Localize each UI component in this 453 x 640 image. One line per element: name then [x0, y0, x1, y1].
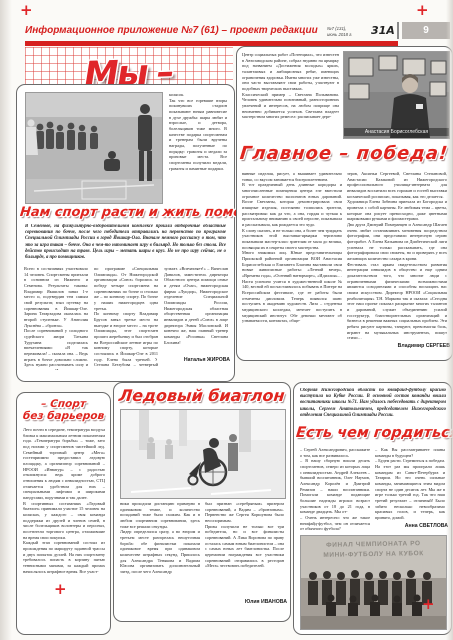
team-photo: ФИНАЛ ЧЕМПИОНАТА РО МИНИ-ФУТБОЛУ НА КУБО…: [300, 535, 447, 630]
ice-column-2: был признан «серебряным» призером соревн…: [205, 501, 284, 597]
sport-headline: Нам спорт расти и жить помогает!: [20, 205, 231, 220]
proud-column-2: – Как Вы рассматриваете планы команды в …: [375, 447, 445, 521]
newspaper-page: + + + + Информационное приложение №7 (61…: [0, 0, 453, 640]
page-header-title: Информационное приложение №7 (61) – прое…: [25, 25, 319, 36]
sport-column-1: Всего в состязаниях участвовало 14 челов…: [24, 266, 88, 370]
sport-side-column: колясок. Так что все горевшие взоры поки…: [169, 92, 227, 204]
crop-mark-bottom-right: +: [422, 595, 435, 613]
sidebar-headline: – Спорт без барьеров: [19, 399, 108, 422]
potencial-intro-column: Центр социальных работ «Потенциал», что …: [242, 52, 339, 144]
sport-field-photo: [25, 92, 163, 204]
issue-month: июнь 2018 г.: [327, 32, 369, 38]
sport-column-3: зультат. «Впечатляет!» – Вячеслав Данило…: [164, 266, 228, 354]
team-photo-banner: ФИНАЛ ЧЕМПИОНАТА РО МИНИ-ФУТБОЛУ НА КУБО…: [301, 539, 446, 561]
ice-byline: Юлия ИВАНОВА: [203, 599, 287, 605]
edition-code: 31А: [371, 24, 395, 37]
proud-column-1: – Сергей Александрович, расскажите о том…: [300, 447, 370, 533]
pobeda-column-1: вянные изделия, рисует, а вышивает удиви…: [242, 171, 342, 351]
article-pobeda-box: Центр социальных работ «Потенциал», что …: [236, 46, 453, 361]
proud-lead: Сборная Нижегородской области по юнифайд…: [300, 388, 446, 424]
crop-mark-top-left: +: [20, 1, 33, 19]
exhibition-portrait-photo: Анастасия Борисоглебская: [343, 51, 450, 139]
sport-column-2: по программе «Специальная Олимпиада». От…: [94, 266, 158, 370]
page-number-box: 9: [402, 22, 450, 39]
sidebar-sport-box: – Спорт без барьеров Лето почти в середи…: [16, 392, 111, 635]
sport-byline: Наталья ЖИРОВА: [157, 357, 230, 363]
crop-mark-top-right: +: [416, 1, 429, 19]
exhibition-photo-caption: Анастасия Борисоглебская: [344, 128, 449, 136]
ice-rink-photo: [120, 409, 286, 499]
sport-lead: В Семенове, на физкультурно-оздоровитель…: [25, 224, 226, 262]
sidebar-text: Лето почти в середине, температура возду…: [23, 427, 105, 629]
issue-date: №7 (131), июнь 2018 г.: [327, 26, 369, 37]
pobeda-column-2: зеров, Аксиньи Сергеевой, Светланы Степа…: [347, 171, 447, 339]
header-separator: [397, 22, 399, 39]
proud-byline: Анна СВЕТЛОВА: [370, 523, 448, 529]
ice-column-1: ники проходили дистанцию примерно в один…: [120, 501, 200, 613]
exhibition-photo-graphic: [344, 52, 449, 138]
ice-rink-photo-graphic: [121, 410, 285, 498]
sport-field-photo-graphic: [26, 93, 162, 203]
crop-mark-bottom-left: +: [54, 580, 67, 598]
article-sport-box: колясок. Так что все горевшие взоры поки…: [16, 84, 235, 382]
article-ice-box: Ледовый биатлон: [113, 382, 291, 622]
pobeda-byline: Владимир СЕРГЕЕВ: [342, 343, 450, 349]
pobeda-headline: Главное – победа!: [239, 143, 450, 164]
proud-headline: Есть чем гордиться!: [296, 425, 449, 441]
ice-headline: Ледовый биатлон: [116, 386, 288, 405]
